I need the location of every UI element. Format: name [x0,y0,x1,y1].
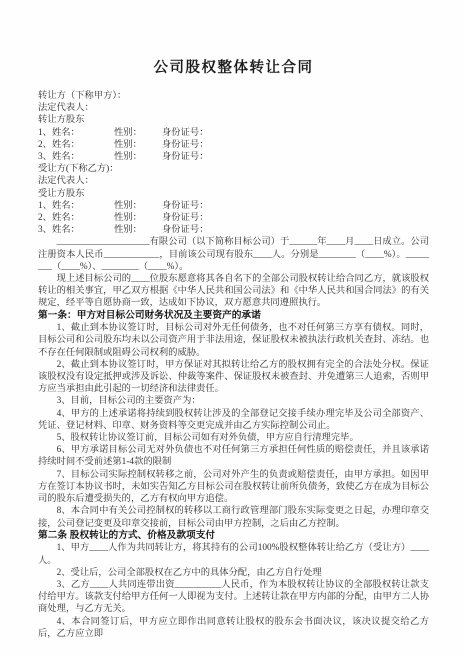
shareholder-id-label: 身份证号： [162,201,209,211]
section2-heading: 第二条 股权转让的方式、价格及款项支付 [38,530,429,543]
shareholder-id-label: 身份证号： [162,152,209,162]
section1-item-8: 8、本合同中有关公司控制权的转移以工商行政管理部门股东实际变更之日起，办理印章交… [38,505,429,529]
shareholder-gender-label: 性别： [114,212,162,224]
section1-item-4: 4、甲方的上述承诺将持续到股权转让涉及的全部登记交接手续办理完毕及公司全部资产、… [38,408,429,432]
party-b-shareholder-row-1: 1、姓名：性别：身份证号： [38,200,429,212]
section2-item-3: 3、乙方____人共同连带出资__________人民币，作为本股权转让协议的全… [38,579,429,616]
section1-item-1: 1、截止到本协议签订时，目标公司对外无任何债务，也不对任何第三方享有债权。同时，… [38,322,429,359]
section1-item-7: 7、目标公司实际控制权转移之前，公司对外产生的负责或赔偿责任，由甲方承担。如因甲… [38,469,429,506]
shareholder-id-label: 身份证号： [162,128,209,138]
party-b-legal-rep: 法定代表人： [38,175,429,187]
company-intro-paragraph: ____________________有限公司（以下简称目标公司）于_____… [38,236,429,273]
party-b-shareholder-row-3: 3、姓名：性别：身份证号： [38,224,429,236]
party-a-shareholder-row-2: 2、姓名：性别：身份证号： [38,139,429,151]
shareholder-name-label: 3、姓名： [38,224,114,236]
contract-page: 公司股权整体转让合同 转让方（下称甲方）： 法定代表人： 转让方股东 1、姓名：… [0,0,463,655]
party-b-shareholders-label: 受让方股东 [38,188,429,200]
shareholder-id-label: 身份证号： [162,140,209,150]
party-b-shareholder-row-2: 2、姓名：性别：身份证号： [38,212,429,224]
shareholder-gender-label: 性别： [114,151,162,163]
section1-item-6: 6、甲方承诺目标公司无对外负债也不对任何第三方承担任何性质的赔偿责任，并且该承诺… [38,444,429,468]
section1-heading: 第一条：甲方对目标公司财务状况及主要资产的承诺 [38,310,429,323]
section2-item-4: 4、本合同签订后，甲方应立即作出同意转让股权的股东会书面决议，该决议提交给乙方后… [38,616,429,640]
shareholder-name-label: 2、姓名： [38,139,114,151]
shareholder-gender-label: 性别： [114,200,162,212]
party-a-legal-rep: 法定代表人： [38,102,429,114]
section1-item-2: 2、截止到本协议签订时，甲方保证对其拟转让给乙方的股权拥有完全的合法处分权。保证… [38,359,429,396]
shareholder-gender-label: 性别： [114,127,162,139]
party-b-heading: 受让方(下称乙方)： [38,163,429,175]
shareholder-name-label: 1、姓名： [38,200,114,212]
section1-item-3: 3、目前，目标公司的主要资产为： [38,395,429,407]
shareholder-name-label: 1、姓名： [38,127,114,139]
party-a-shareholder-row-1: 1、姓名：性别：身份证号： [38,127,429,139]
shareholder-gender-label: 性别： [114,224,162,236]
section1-item-5: 5、股权转让协议签订前，目标公司如有对外负债，甲方应自行清理完毕。 [38,432,429,444]
section2-item-2: 2、受让后，公司全部股权在乙方中的具体分配，由乙方自行处理 [38,567,429,579]
page-title: 公司股权整体转让合同 [38,56,429,77]
party-a-shareholder-row-3: 3、姓名：性别：身份证号： [38,151,429,163]
shareholder-id-label: 身份证号： [162,225,209,235]
section2-item-1: 1、甲方____人作为共同转让方，将其持有的公司100%股权整体转让给乙方（受让… [38,542,429,566]
transfer-intent-paragraph: 现上述目标公司的____位股东愿意将其各自名下的全部公司股权转让给合同乙方，就该… [38,273,429,310]
shareholder-gender-label: 性别： [114,139,162,151]
shareholder-id-label: 身份证号： [162,213,209,223]
shareholder-name-label: 2、姓名： [38,212,114,224]
shareholder-name-label: 3、姓名： [38,151,114,163]
party-a-shareholders-label: 转让方股东 [38,114,429,126]
party-a-heading: 转让方（下称甲方）： [38,90,429,102]
